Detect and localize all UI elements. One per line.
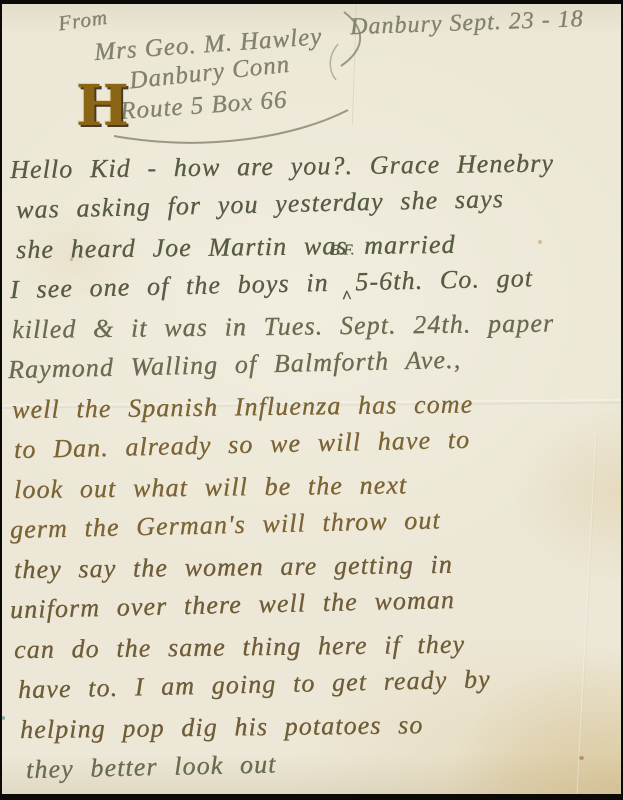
insertion-mark: B.F.^: [345, 264, 356, 290]
letter-paper: From Mrs Geo. M. Hawley Danbury Conn Rou…: [2, 4, 621, 794]
gothic-monogram-h: H: [76, 78, 129, 134]
flourish-tail: [330, 44, 338, 80]
dateline: Danbury Sept. 23 - 18: [350, 6, 584, 41]
return-address-from: From: [57, 5, 110, 37]
insertion-text: B.F.: [330, 230, 355, 271]
line-text: I see one of the boys in: [10, 267, 346, 304]
ink-speck: [2, 716, 5, 720]
letter-body: Hello Kid - how are you?. Grace Henebryw…: [8, 150, 621, 790]
line-text: 5-6th. Co. got: [355, 263, 533, 296]
scanned-letter: From Mrs Geo. M. Hawley Danbury Conn Rou…: [0, 0, 623, 800]
